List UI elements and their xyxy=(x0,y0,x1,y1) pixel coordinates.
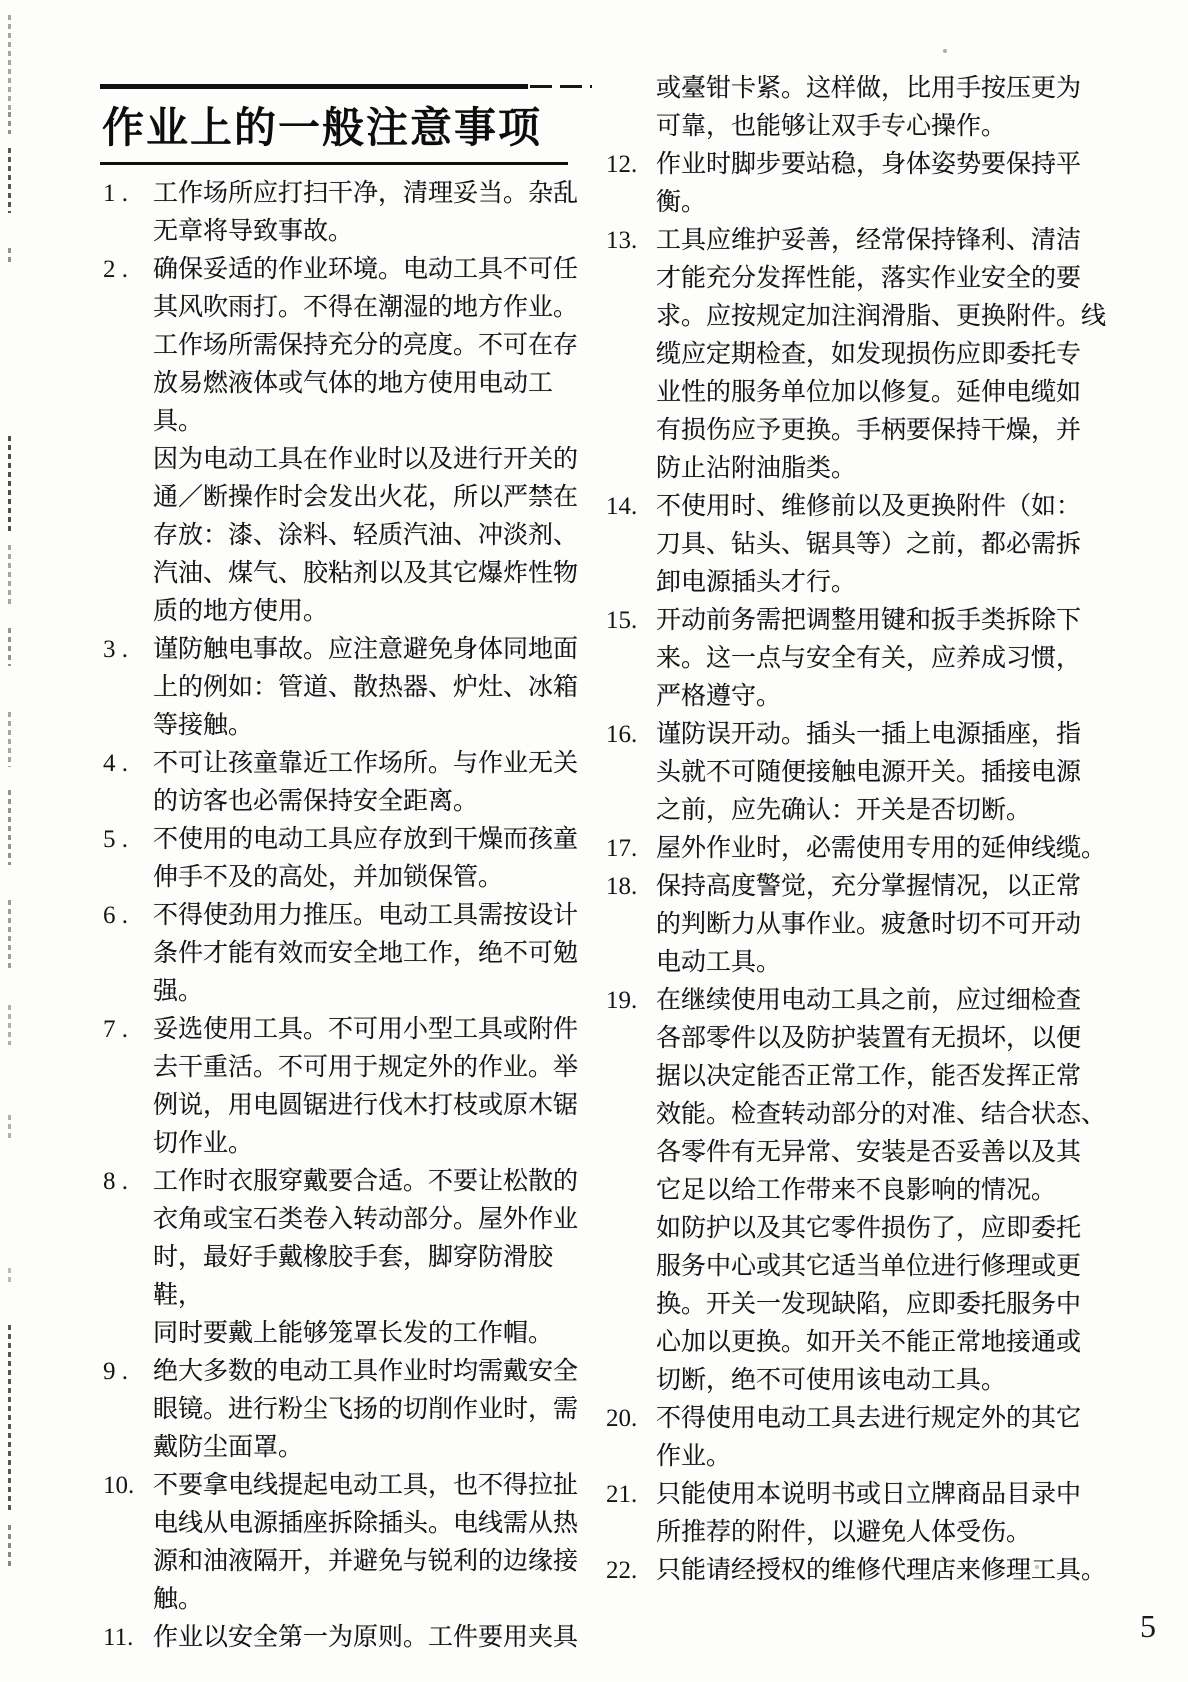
item-number: 4 . xyxy=(103,745,153,783)
item-number: 19. xyxy=(606,982,656,1020)
item-text: 不得使用电动工具去进行规定外的其它 作业。 xyxy=(656,1400,1126,1476)
item-text: 绝大多数的电动工具作业时均需戴安全 眼镜。进行粉尘飞扬的切削作业时，需 戴防尘面… xyxy=(153,1353,585,1467)
list-item: 20.不得使用电动工具去进行规定外的其它 作业。 xyxy=(606,1400,1136,1476)
item-number: 8 . xyxy=(103,1163,153,1201)
item-text: 不使用的电动工具应存放到干燥而孩童 伸手不及的高处，并加锁保管。 xyxy=(153,821,585,897)
item-number: 2 . xyxy=(103,251,153,289)
item-text: 不要拿电线提起电动工具，也不得拉扯 电线从电源插座拆除插头。电线需从热 源和油液… xyxy=(153,1467,585,1619)
item-text: 不使用时、维修前以及更换附件（如： 刀具、钻头、锯具等）之前，都必需拆 卸电源插… xyxy=(656,488,1126,602)
scan-edge-artifact xyxy=(8,1268,11,1283)
scan-edge-artifact xyxy=(8,1325,11,1510)
title-rule-top-dashes xyxy=(530,85,592,88)
item-text: 不得使劲用力推压。电动工具需按设计 条件才能有效而安全地工作，绝不可勉 强。 xyxy=(153,897,585,1011)
list-item: 5 .不使用的电动工具应存放到干燥而孩童 伸手不及的高处，并加锁保管。 xyxy=(103,821,585,897)
item-text: 屋外作业时，必需使用专用的延伸线缆。 xyxy=(656,830,1126,868)
page-number: 5 xyxy=(1140,1608,1156,1645)
scan-edge-artifact xyxy=(8,545,11,605)
scan-speck-artifact xyxy=(943,49,947,53)
item-text: 只能使用本说明书或日立牌商品目录中 所推荐的附件，以避免人体受伤。 xyxy=(656,1476,1126,1552)
continuation-text: 或臺钳卡紧。这样做，比用手按压更为 可靠，也能够让双手专心操作。 xyxy=(656,70,1126,146)
list-item: 17.屋外作业时，必需使用专用的延伸线缆。 xyxy=(606,830,1136,868)
item-number: 5 . xyxy=(103,821,153,859)
title-rule-bottom xyxy=(100,162,568,165)
item-number: 17. xyxy=(606,830,656,868)
item-text: 不可让孩童靠近工作场所。与作业无关 的访客也必需保持安全距离。 xyxy=(153,745,585,821)
scan-edge-artifact xyxy=(8,436,11,531)
item-text: 作业时脚步要站稳，身体姿势要保持平 衡。 xyxy=(656,146,1126,222)
list-item: 3 .谨防触电事故。应注意避免身体同地面 上的例如：管道、散热器、炉灶、冰箱 等… xyxy=(103,631,585,745)
scan-edge-artifact xyxy=(8,712,11,767)
page-title: 作业上的一般注意事项 xyxy=(102,104,592,152)
item-text: 工作时衣服穿戴要合适。不要让松散的 衣角或宝石类卷入转动部分。屋外作业 时，最好… xyxy=(153,1163,585,1353)
list-item: 2 .确保妥适的作业环境。电动工具不可任 其风吹雨打。不得在潮湿的地方作业。 工… xyxy=(103,251,585,631)
item-text: 谨防触电事故。应注意避免身体同地面 上的例如：管道、散热器、炉灶、冰箱 等接触。 xyxy=(153,631,585,745)
list-item: 7 .妥选使用工具。不可用小型工具或附件 去干重活。不可用于规定外的作业。举 例… xyxy=(103,1011,585,1163)
list-item: 21.只能使用本说明书或日立牌商品目录中 所推荐的附件，以避免人体受伤。 xyxy=(606,1476,1136,1552)
item-number: 14. xyxy=(606,488,656,526)
right-column-items: 12.作业时脚步要站稳，身体姿势要保持平 衡。13.工具应维护妥善，经常保持锋利… xyxy=(606,146,1136,1590)
scan-edge-artifact xyxy=(8,148,11,213)
scan-edge-artifact xyxy=(8,628,11,666)
list-item: 22.只能请经授权的维修代理店来修理工具。 xyxy=(606,1552,1136,1590)
item-text: 工具应维护妥善，经常保持锋利、清洁 才能充分发挥性能，落实作业安全的要 求。应按… xyxy=(656,222,1126,488)
item-number: 15. xyxy=(606,602,656,640)
list-item: 4 .不可让孩童靠近工作场所。与作业无关 的访客也必需保持安全距离。 xyxy=(103,745,585,821)
scan-edge-artifact xyxy=(8,1005,11,1045)
title-rule-top xyxy=(100,84,592,89)
item-text: 保持高度警觉，充分掌握情况，以正常 的判断力从事作业。疲惫时切不可开动 电动工具… xyxy=(656,868,1126,982)
list-item: 8 .工作时衣服穿戴要合适。不要让松散的 衣角或宝石类卷入转动部分。屋外作业 时… xyxy=(103,1163,585,1353)
item-number: 13. xyxy=(606,222,656,260)
item-text: 在继续使用电动工具之前，应过细检查 各部零件以及防护装置有无损坏，以便 据以决定… xyxy=(656,982,1126,1400)
list-item: 14.不使用时、维修前以及更换附件（如： 刀具、钻头、锯具等）之前，都必需拆 卸… xyxy=(606,488,1136,602)
item-number: 22. xyxy=(606,1552,656,1590)
left-column: 1 .工作场所应打扫干净，清理妥当。杂乱 无章将导致事故。2 .确保妥适的作业环… xyxy=(103,175,585,1657)
scan-edge-artifact xyxy=(8,1525,11,1570)
scan-edge-artifact xyxy=(8,1115,11,1140)
list-item: 1 .工作场所应打扫干净，清理妥当。杂乱 无章将导致事故。 xyxy=(103,175,585,251)
item-number: 21. xyxy=(606,1476,656,1514)
item-number: 3 . xyxy=(103,631,153,669)
item-text: 谨防误开动。插头一插上电源插座，指 头就不可随便接触电源开关。插接电源 之前，应… xyxy=(656,716,1126,830)
item-text: 确保妥适的作业环境。电动工具不可任 其风吹雨打。不得在潮湿的地方作业。 工作场所… xyxy=(153,251,585,631)
item-number: 20. xyxy=(606,1400,656,1438)
item-text: 妥选使用工具。不可用小型工具或附件 去干重活。不可用于规定外的作业。举 例说，用… xyxy=(153,1011,585,1163)
list-item: 6 .不得使劲用力推压。电动工具需按设计 条件才能有效而安全地工作，绝不可勉 强… xyxy=(103,897,585,1011)
list-item: 12.作业时脚步要站稳，身体姿势要保持平 衡。 xyxy=(606,146,1136,222)
item-number: 7 . xyxy=(103,1011,153,1049)
title-block: 作业上的一般注意事项 xyxy=(100,84,592,165)
item-number: 1 . xyxy=(103,175,153,213)
item-number: 9 . xyxy=(103,1353,153,1391)
title-rule-top-solid xyxy=(100,84,528,89)
list-item: 11.作业以安全第一为原则。工件要用夹具 xyxy=(103,1619,585,1657)
item-text: 只能请经授权的维修代理店来修理工具。 xyxy=(656,1552,1126,1590)
scan-edge-artifact xyxy=(8,900,11,970)
item-number: 6 . xyxy=(103,897,153,935)
list-item: 9 .绝大多数的电动工具作业时均需戴安全 眼镜。进行粉尘飞扬的切削作业时，需 戴… xyxy=(103,1353,585,1467)
list-item: 18.保持高度警觉，充分掌握情况，以正常 的判断力从事作业。疲惫时切不可开动 电… xyxy=(606,868,1136,982)
scan-edge-artifact xyxy=(8,248,11,266)
list-item: 19.在继续使用电动工具之前，应过细检查 各部零件以及防护装置有无损坏，以便 据… xyxy=(606,982,1136,1400)
scan-edge-artifact xyxy=(8,15,11,110)
item-number: 16. xyxy=(606,716,656,754)
list-item: 10.不要拿电线提起电动工具，也不得拉扯 电线从电源插座拆除插头。电线需从热 源… xyxy=(103,1467,585,1619)
item-text: 工作场所应打扫干净，清理妥当。杂乱 无章将导致事故。 xyxy=(153,175,585,251)
item-number: 11. xyxy=(103,1619,153,1657)
scan-edge-artifact xyxy=(8,112,11,134)
scan-edge-artifact xyxy=(8,790,11,865)
list-item: 15.开动前务需把调整用键和扳手类拆除下 来。这一点与安全有关，应养成习惯， 严… xyxy=(606,602,1136,716)
item-text: 作业以安全第一为原则。工件要用夹具 xyxy=(153,1619,585,1657)
item-number: 18. xyxy=(606,868,656,906)
right-column: 或臺钳卡紧。这样做，比用手按压更为 可靠，也能够让双手专心操作。 12.作业时脚… xyxy=(606,70,1136,1590)
document-page: 作业上的一般注意事项 1 .工作场所应打扫干净，清理妥当。杂乱 无章将导致事故。… xyxy=(0,0,1188,1682)
item-number: 10. xyxy=(103,1467,153,1505)
item-number: 12. xyxy=(606,146,656,184)
item-text: 开动前务需把调整用键和扳手类拆除下 来。这一点与安全有关，应养成习惯， 严格遵守… xyxy=(656,602,1126,716)
list-item: 16.谨防误开动。插头一插上电源插座，指 头就不可随便接触电源开关。插接电源 之… xyxy=(606,716,1136,830)
list-item: 13.工具应维护妥善，经常保持锋利、清洁 才能充分发挥性能，落实作业安全的要 求… xyxy=(606,222,1136,488)
